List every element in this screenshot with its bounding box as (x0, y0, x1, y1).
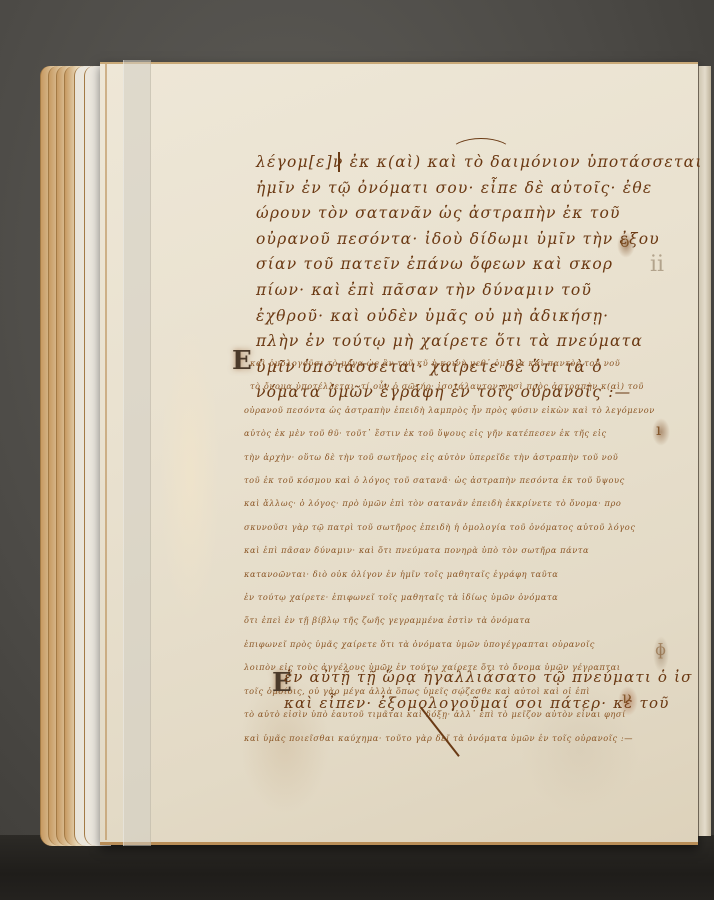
marginal-mark: ı (656, 420, 661, 439)
text-line: ἡμῖν ἐν τῷ ὀνόματι σου· εἶπε δὲ αὐτοῖς· … (256, 176, 636, 202)
gutter-edge (105, 64, 107, 840)
conservation-tape (123, 60, 151, 846)
commentary-line: καὶ ἐπὶ πᾶσαν δύναμιν· καὶ ὅτι πνεύματα … (230, 539, 670, 562)
text-line: πλὴν ἐν τούτῳ μὴ χαίρετε ὅτι τὰ πνεύματα (256, 329, 636, 355)
text-line: ώρουν τὸν σατανᾶν ὡς ἀστραπὴν ἐκ τοῦ (256, 201, 636, 227)
commentary-line: τὸ ὄνομα ὑποτέλλεται· τί οὖν ὁ σῶτήρ· ἰσ… (230, 375, 670, 398)
commentary-line: ὅτι ἐπεὶ ἐν τῇ βίβλῳ τῆς ζωῆς γεγραμμένα… (230, 609, 670, 632)
text-line: σίαν τοῦ πατεῖν ἐπάνω ὄφεων καὶ σκορ (256, 252, 636, 278)
commentary-line: σκυνοῦσι γὰρ τῷ πατρὶ τοῦ σωτῆρος ἐπειδὴ… (230, 516, 670, 539)
fore-edge (698, 66, 711, 836)
margin-numeral: ii (650, 252, 664, 277)
commentary-line: κατανοῶνται· διὸ οὐκ ὀλίγον ἐν ἡμῖν τοῖς… (230, 563, 670, 586)
commentary-line: τὴν ἀρχὴν· οὕτω δὲ τὴν τοῦ σωτῆρος εἰς α… (230, 446, 670, 469)
text-line: ἐν αὐτῇ τῇ ὥρᾳ ἠγαλλιάσατο τῷ πνεύματι ὁ… (284, 665, 664, 691)
text-line: οὐρανοῦ πεσόντα· ἰδοὺ δίδωμι ὑμῖν τὴν ἐξ… (256, 227, 636, 253)
main-text-bottom: ἐν αὐτῇ τῇ ὥρᾳ ἠγαλλιάσατο τῷ πνεύματι ὁ… (284, 665, 664, 716)
commentary-line: καὶ ἄλλως· ὁ λόγος· πρὸ ὑμῶν ἐπὶ τὸν σατ… (230, 492, 670, 515)
marginal-mark: o (620, 232, 630, 251)
commentary-line: ἐπιφωνεῖ πρὸς ὑμᾶς χαίρετε ὅτι τὰ ὀνόματ… (230, 633, 670, 656)
commentary-line: ἐν τούτῳ χαίρετε· ἐπιφωνεῖ τοῖς μαθηταῖς… (230, 586, 670, 609)
marginal-mark: ɸ (655, 640, 666, 659)
commentary-line: τοῦ ἐκ τοῦ κόσμου καὶ ὁ λόγος τοῦ σατανᾶ… (230, 469, 670, 492)
commentary-line: καὶ ὁμολογοῦσι τὸ μέγα ὡς ἂν τοῦ κῦ ἡ κο… (230, 352, 670, 375)
text-line: πίων· καὶ ἐπὶ πᾶσαν τὴν δύναμιν τοῦ (256, 278, 636, 304)
commentary-line: οὐρανοῦ πεσόντα ὡς ἀστραπὴν ἐπειδὴ λαμπρ… (230, 399, 670, 422)
text-line: ἐχθροῦ· καὶ οὐδὲν ὑμᾶς οὐ μὴ ἀδικήσῃ· (256, 304, 636, 330)
commentary-line: αὐτὸς ἐκ μὲν τοῦ θῦ· τοῦτ᾽ ἔστιν ἐκ τοῦ … (230, 422, 670, 445)
marginal-mark: ν (622, 688, 632, 707)
light-patch (160, 324, 220, 624)
text-line: λέγομ[ε]ν ἐκ κ(αὶ) καὶ τὸ δαιμόνιον ὑποτ… (256, 150, 636, 176)
text-line: καὶ εἶπεν· ἐξομολογοῦμαί σοι πάτερ· κε τ… (284, 691, 664, 717)
